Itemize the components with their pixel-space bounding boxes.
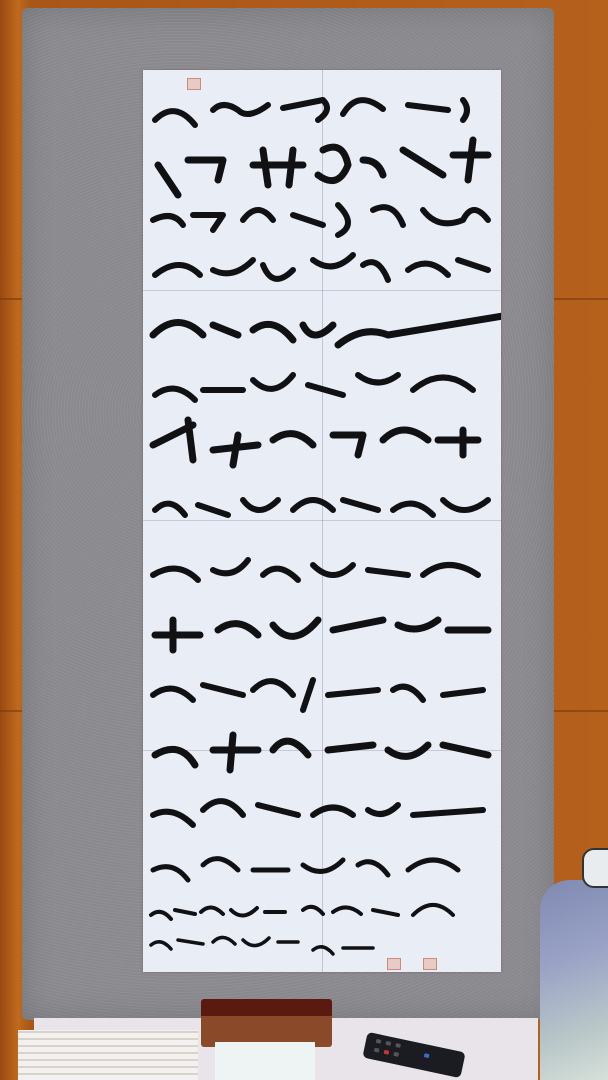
shoe xyxy=(582,848,608,888)
wooden-paperweight-block xyxy=(201,999,332,1047)
blue-cloth xyxy=(540,880,608,1080)
stacked-papers xyxy=(18,1030,198,1080)
paper-sheets xyxy=(215,1042,315,1080)
calligraphy-ink-strokes xyxy=(143,70,501,972)
calligraphy-sheet xyxy=(143,70,501,972)
